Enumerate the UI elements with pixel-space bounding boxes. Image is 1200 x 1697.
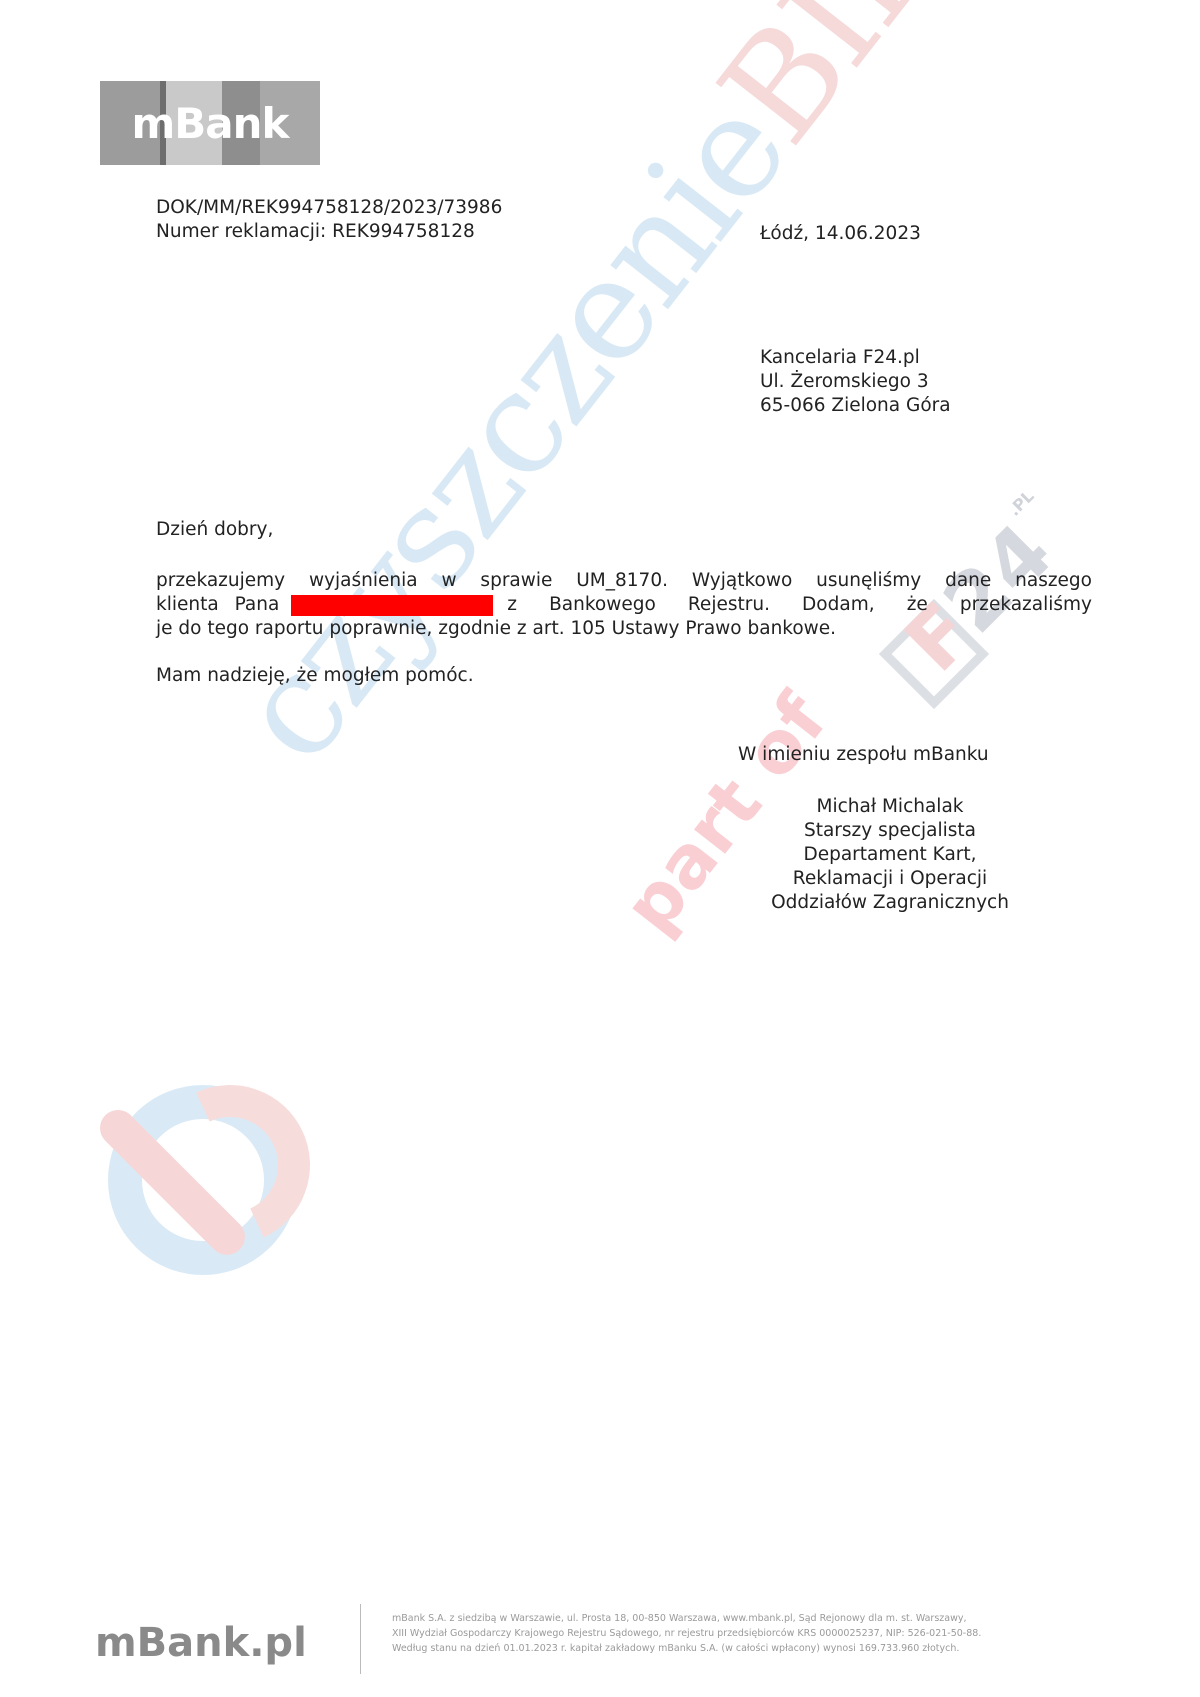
watermark-logo-bar-icon <box>93 1103 253 1263</box>
signature-on-behalf: W imieniu zespołu mBanku <box>738 743 989 767</box>
signatory-name: Michał Michalak <box>740 795 1040 819</box>
redacted-client-name <box>291 595 493 616</box>
recipient-name: Kancelaria F24.pl <box>760 346 920 370</box>
closing-sentence: Mam nadzieję, że mogłem pomóc. <box>156 664 474 688</box>
document-reference: DOK/MM/REK994758128/2023/73986 <box>156 196 502 220</box>
watermark-logo-arc-icon <box>127 1062 332 1267</box>
body-line-3: je do tego raportu poprawnie, zgodnie z … <box>156 617 1092 641</box>
signature-block: Michał Michalak Starszy specjalista Depa… <box>740 795 1040 915</box>
greeting: Dzień dobry, <box>156 518 273 542</box>
body-paragraph: przekazujemy wyjaśnienia w sprawie UM_81… <box>156 569 1092 641</box>
recipient-street: Ul. Żeromskiego 3 <box>760 370 929 394</box>
signatory-department-1: Departament Kart, <box>740 843 1040 867</box>
mbank-logo-text: mBank <box>100 81 320 165</box>
place-date: Łódź, 14.06.2023 <box>760 222 921 246</box>
body-line-2: klienta Pana z Bankowego Rejestru. Dodam… <box>156 593 1092 617</box>
complaint-number: Numer reklamacji: REK994758128 <box>156 220 475 244</box>
signatory-department-2: Reklamacji i Operacji <box>740 867 1040 891</box>
signatory-department-3: Oddziałów Zagranicznych <box>740 891 1040 915</box>
footer-mbank-logo: mBank.pl <box>95 1620 307 1666</box>
footer-divider <box>360 1604 361 1674</box>
watermark-logo-ring-icon <box>108 1085 298 1275</box>
body-line-1: przekazujemy wyjaśnienia w sprawie UM_81… <box>156 569 1092 593</box>
recipient-city: 65-066 Zielona Góra <box>760 394 951 418</box>
signatory-title: Starszy specjalista <box>740 819 1040 843</box>
footer-legal-text: mBank S.A. z siedzibą w Warszawie, ul. P… <box>392 1611 1162 1656</box>
